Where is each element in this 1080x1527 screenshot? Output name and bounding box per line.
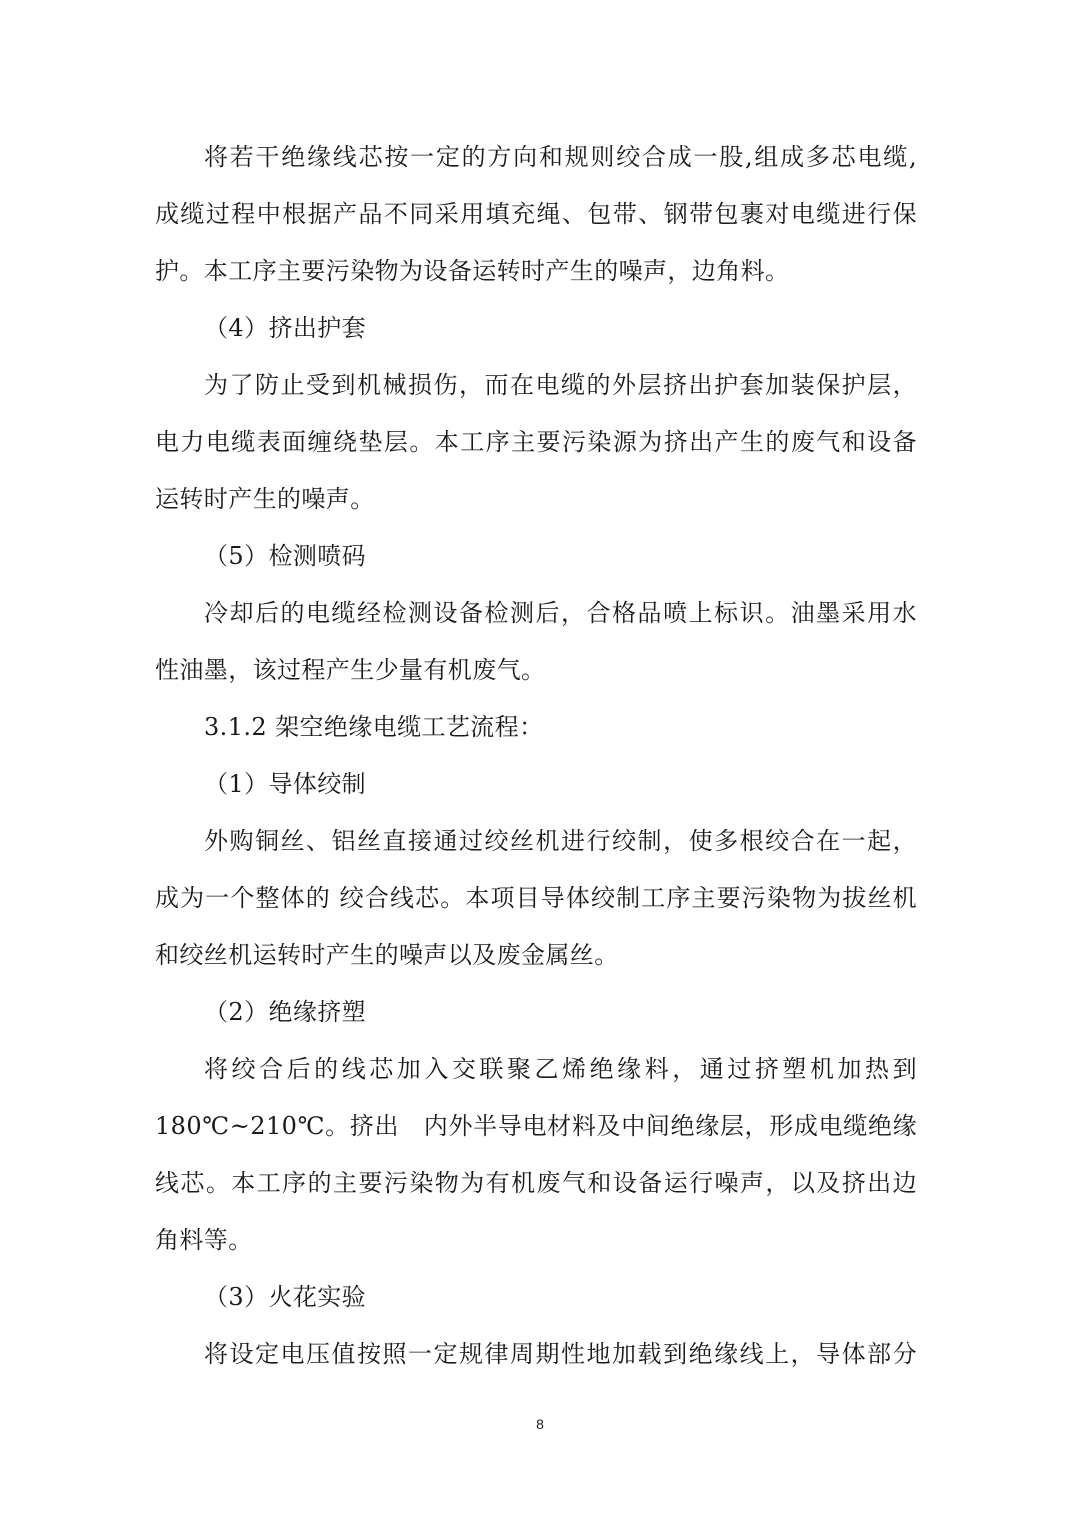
section-heading: （5）检测喷码 (155, 535, 917, 592)
paragraph-line: 护。本工序主要污染物为设备运转时产生的噪声，边角料。 (155, 250, 917, 307)
section-heading: （4）挤出护套 (155, 307, 917, 364)
paragraph-line: 成缆过程中根据产品不同采用填充绳、包带、钢带包裹对电缆进行保 (155, 193, 917, 250)
paragraph-line: 成为一个整体的 绞合线芯。本项目导体绞制工序主要污染物为拔丝机 (155, 877, 917, 934)
paragraph-line: 180℃~210℃。挤出 内外半导电材料及中间绝缘层，形成电缆绝缘 (155, 1105, 917, 1162)
paragraph-line: 线芯。本工序的主要污染物为有机废气和设备运行噪声，以及挤出边 (155, 1162, 917, 1219)
subsection-heading: 3.1.2 架空绝缘电缆工艺流程： (155, 706, 917, 763)
section-heading: （3）火花实验 (155, 1276, 917, 1333)
paragraph-line: 将设定电压值按照一定规律周期性地加载到绝缘线上，导体部分 (155, 1333, 917, 1390)
paragraph-line: 运转时产生的噪声。 (155, 478, 917, 535)
page-number: 8 (0, 1416, 1080, 1432)
paragraph-line: 和绞丝机运转时产生的噪声以及废金属丝。 (155, 934, 917, 991)
paragraph-line: 将若干绝缘线芯按一定的方向和规则绞合成一股,组成多芯电缆, (155, 136, 917, 193)
paragraph-line: 为了防止受到机械损伤，而在电缆的外层挤出护套加装保护层， (155, 364, 917, 421)
paragraph-line: 角料等。 (155, 1219, 917, 1276)
paragraph-line: 外购铜丝、铝丝直接通过绞丝机进行绞制，使多根绞合在一起， (155, 820, 917, 877)
paragraph-line: 将绞合后的线芯加入交联聚乙烯绝缘料，通过挤塑机加热到 (155, 1048, 917, 1105)
paragraph-line: 性油墨，该过程产生少量有机废气。 (155, 649, 917, 706)
document-body: 将若干绝缘线芯按一定的方向和规则绞合成一股,组成多芯电缆, 成缆过程中根据产品不… (155, 136, 917, 1390)
section-heading: （1）导体绞制 (155, 763, 917, 820)
paragraph-line: 电力电缆表面缠绕垫层。本工序主要污染源为挤出产生的废气和设备 (155, 421, 917, 478)
paragraph-line: 冷却后的电缆经检测设备检测后，合格品喷上标识。油墨采用水 (155, 592, 917, 649)
section-heading: （2）绝缘挤塑 (155, 991, 917, 1048)
